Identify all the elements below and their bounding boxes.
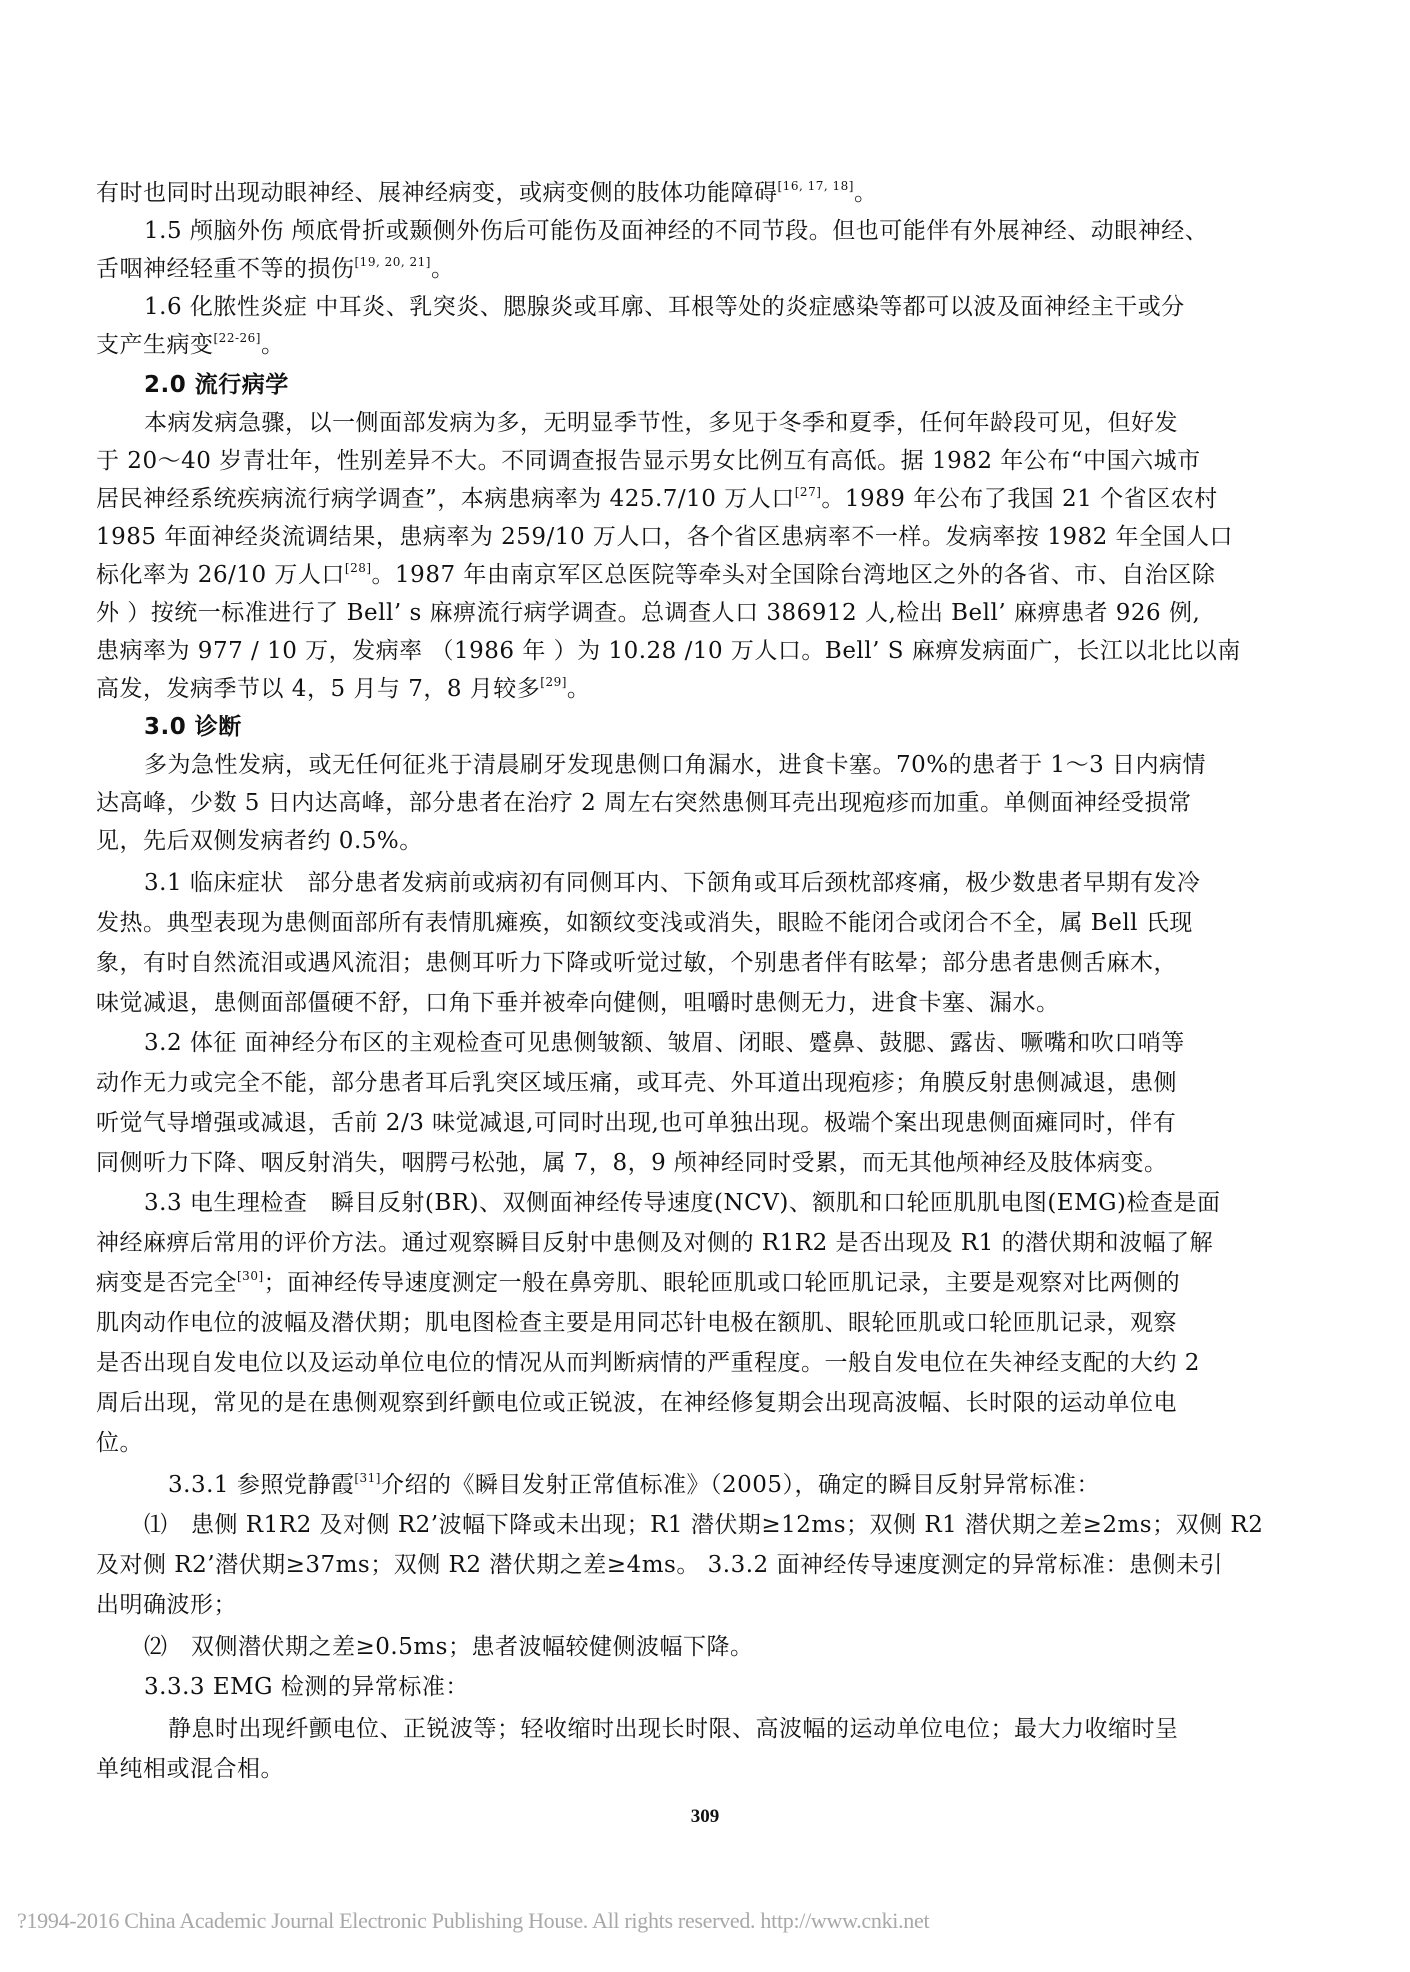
citation: [19, 20, 21] [355,255,431,269]
paragraph-line: 有时也同时出现动眼神经、展神经病变，或病变侧的肢体功能障碍[16, 17, 18… [96,178,877,208]
paragraph-line: 及对侧 R2’潜伏期≥37ms；双侧 R2 潜伏期之差≥4ms。 3.3.2 面… [96,1550,1223,1580]
heading-epidemiology: 2.0 流行病学 [144,370,289,400]
paragraph-line: 肌肉动作电位的波幅及潜伏期；肌电图检查主要是用同芯针电极在额肌、眼轮匝肌或口轮匝… [96,1308,1177,1338]
paragraph-line: 出明确波形； [96,1590,237,1620]
criteria-item-2: ⑵ 双侧潜伏期之差≥0.5ms；患者波幅较健侧波幅下降。 [144,1632,753,1662]
paragraph-line: 位。 [96,1428,143,1458]
paragraph-line: 见，先后双侧发病者约 0.5%。 [96,826,423,856]
citation: [28] [345,561,372,575]
paragraph-line: 多为急性发病，或无任何征兆于清晨刷牙发现患侧口角漏水，进食卡塞。70%的患者于 … [144,750,1206,780]
paragraph-line: 1985 年面神经炎流调结果，患病率为 259/10 万人口，各个省区患病率不一… [96,522,1233,552]
citation: [31] [354,1471,381,1485]
paragraph-line: 象，有时自然流泪或遇风流泪；患侧耳听力下降或听觉过敏，个别患者伴有眩晕；部分患者… [96,948,1177,978]
section-3-3: 3.3 电生理检查 瞬目反射(BR)、双侧面神经传导速度(NCV)、额肌和口轮匝… [144,1188,1221,1218]
paragraph-line: 外 ）按统一标准进行了 Bell’ s 麻痹流行病学调查。总调查人口 38691… [96,598,1200,628]
citation: [29] [540,675,567,689]
paragraph-line: 高发，发病季节以 4，5 月与 7，8 月较多[29]。 [96,674,590,704]
section-3-3-3: 3.3.3 EMG 检测的异常标准： [144,1672,469,1702]
citation: [16, 17, 18] [778,179,854,193]
paragraph-line: 达高峰，少数 5 日内达高峰，部分患者在治疗 2 周左右突然患侧耳壳出现疱疹而加… [96,788,1192,818]
paragraph-line: 动作无力或完全不能，部分患者耳后乳突区域压痛，或耳壳、外耳道出现疱疹；角膜反射患… [96,1068,1177,1098]
paragraph-line: 舌咽神经轻重不等的损伤[19, 20, 21]。 [96,254,454,284]
paragraph-line: 发热。典型表现为患侧面部所有表情肌瘫痪，如额纹变浅或消失，眼睑不能闭合或闭合不全… [96,908,1193,938]
paragraph-line: 静息时出现纤颤电位、正锐波等；轻收缩时出现长时限、高波幅的运动单位电位；最大力收… [168,1714,1179,1744]
citation: [30] [237,1269,264,1283]
paragraph-line: 患病率为 977 / 10 万，发病率 （1986 年 ）为 10.28 /10… [96,636,1241,666]
paragraph-line: 味觉减退，患侧面部僵硬不舒，口角下垂并被牵向健侧，咀嚼时患侧无力，进食卡塞、漏水… [96,988,1060,1018]
page-number: 309 [0,1806,1410,1828]
paragraph-line: 支产生病变[22-26]。 [96,330,284,360]
section-1-6: 1.6 化脓性炎症 中耳炎、乳突炎、腮腺炎或耳廓、耳根等处的炎症感染等都可以波及… [144,292,1185,322]
paragraph-line: 居民神经系统疾病流行病学调查”，本病患病率为 425.7/10 万人口[27]。… [96,484,1218,514]
section-3-2: 3.2 体征 面神经分布区的主观检查可见患侧皱额、皱眉、闭眼、蹙鼻、鼓腮、露齿、… [144,1028,1185,1058]
heading-diagnosis: 3.0 诊断 [144,712,242,742]
paragraph-line: 神经麻痹后常用的评价方法。通过观察瞬目反射中患侧及对侧的 R1R2 是否出现及 … [96,1228,1213,1258]
citation: [27] [795,485,822,499]
paragraph-line: 标化率为 26/10 万人口[28]。1987 年由南京军区总医院等牵头对全国除… [96,560,1215,590]
paragraph-line: 周后出现，常见的是在患侧观察到纤颤电位或正锐波，在神经修复期会出现高波幅、长时限… [96,1388,1177,1418]
section-3-3-1: 3.3.1 参照党静霞[31]介绍的《瞬目发射正常值标准》（2005），确定的瞬… [168,1470,1100,1500]
section-3-1: 3.1 临床症状 部分患者发病前或病初有同侧耳内、下颌角或耳后颈枕部疼痛，极少数… [144,868,1200,898]
criteria-item-1: ⑴ 患侧 R1R2 及对侧 R2’波幅下降或未出现；R1 潜伏期≥12ms；双侧… [144,1510,1263,1540]
paragraph-line: 本病发病急骤，以一侧面部发病为多，无明显季节性，多见于冬季和夏季，任何年龄段可见… [144,408,1178,438]
section-1-5: 1.5 颅脑外伤 颅底骨折或颞侧外伤后可能伤及面神经的不同节段。但也可能伴有外展… [144,216,1208,246]
citation: [22-26] [214,331,261,345]
paragraph-line: 同侧听力下降、咽反射消失，咽腭弓松弛，属 7，8，9 颅神经同时受累，而无其他颅… [96,1148,1168,1178]
paragraph-line: 病变是否完全[30]；面神经传导速度测定一般在鼻旁肌、眼轮匝肌或口轮匝肌记录，主… [96,1268,1180,1298]
paragraph-line: 听觉气导增强或减退，舌前 2/3 味觉减退,可同时出现,也可单独出现。极端个案出… [96,1108,1176,1138]
paragraph-line: 是否出现自发电位以及运动单位电位的情况从而判断病情的严重程度。一般自发电位在失神… [96,1348,1200,1378]
copyright-footer: ?1994-2016 China Academic Journal Electr… [17,1908,929,1934]
paragraph-line: 于 20～40 岁青壮年，性别差异不大。不同调查报告显示男女比例互有高低。据 1… [96,446,1201,476]
paragraph-line: 单纯相或混合相。 [96,1754,284,1784]
